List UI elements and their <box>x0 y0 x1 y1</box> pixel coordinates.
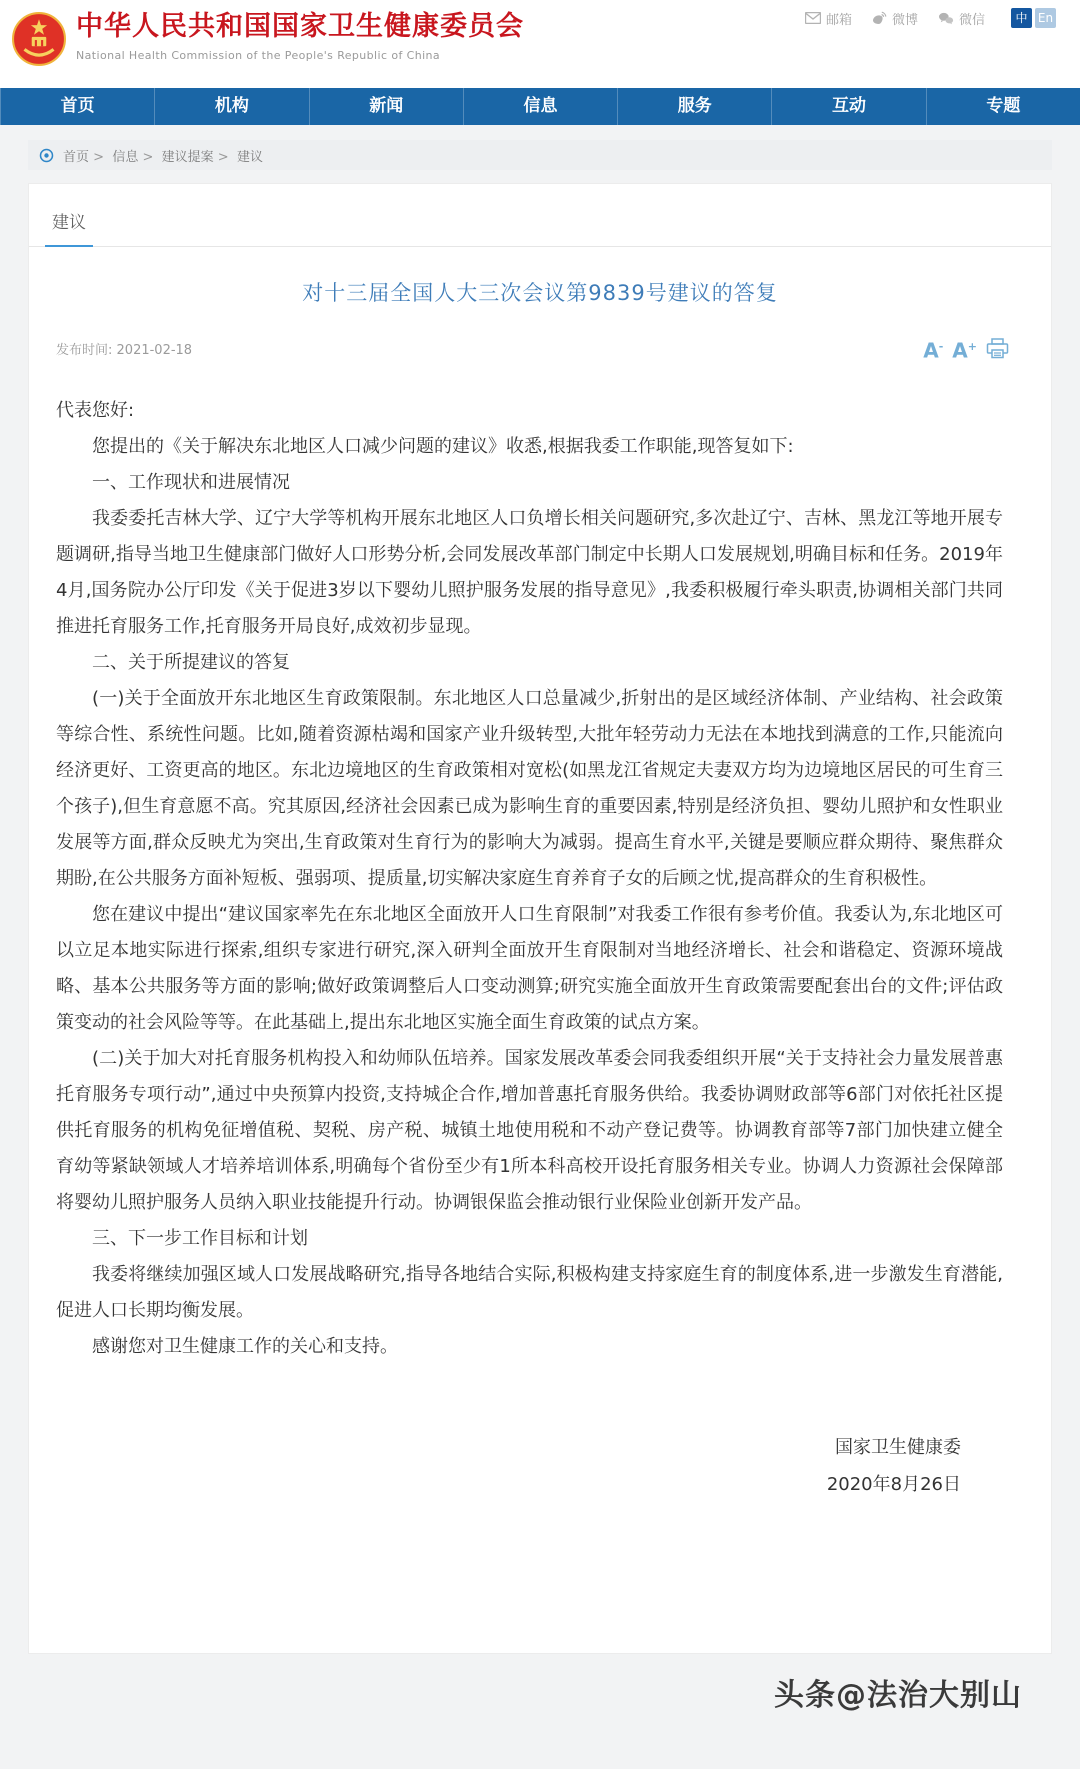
article-paragraph: (二)关于加大对托育服务机构投入和幼师队伍培养。国家发展改革委会同我委组织开展“… <box>56 1041 1003 1221</box>
utility-bar: 邮箱 微博 微信 中 En <box>805 8 1056 28</box>
nav-item[interactable]: 新闻 <box>309 88 463 125</box>
lang-en-button[interactable]: En <box>1035 8 1056 28</box>
content-card: 建议 对十三届全国人大三次会议第9839号建议的答复 发布时间: 2021-02… <box>28 183 1052 1654</box>
breadcrumb-link[interactable]: 信息 <box>112 150 138 165</box>
signature-date: 2020年8月26日 <box>29 1466 961 1503</box>
site-title-block: 中华人民共和国国家卫生健康委员会 National Health Commiss… <box>76 10 524 62</box>
font-decrease-button[interactable]: A- <box>923 337 943 361</box>
mail-label: 邮箱 <box>826 9 852 28</box>
print-button[interactable] <box>986 338 1009 359</box>
article-paragraph: 我委委托吉林大学、辽宁大学等机构开展东北地区人口负增长相关问题研究,多次赴辽宁、… <box>56 501 1003 645</box>
article-paragraph: (一)关于全面放开东北地区生育政策限制。东北地区人口总量减少,折射出的是区域经济… <box>56 681 1003 897</box>
nav-item[interactable]: 信息 <box>463 88 617 125</box>
publish-date-value: 2021-02-18 <box>117 343 193 358</box>
article-paragraph: 感谢您对卫生健康工作的关心和支持。 <box>56 1329 1003 1365</box>
signature-block: 国家卫生健康委 2020年8月26日 <box>29 1429 1051 1503</box>
article-paragraph: 您提出的《关于解决东北地区人口减少问题的建议》收悉,根据我委工作职能,现答复如下… <box>56 429 1003 465</box>
wechat-icon <box>938 12 954 25</box>
tab-jianyi[interactable]: 建议 <box>45 208 93 247</box>
article-paragraph: 二、关于所提建议的答复 <box>56 645 1003 681</box>
breadcrumb: 首页 > 信息 > 建议提案 > 建议 <box>63 146 263 165</box>
national-emblem-icon <box>12 12 66 66</box>
breadcrumb-separator: > <box>89 150 108 165</box>
breadcrumb-link[interactable]: 首页 <box>63 150 89 165</box>
signature-org: 国家卫生健康委 <box>29 1429 961 1466</box>
nav-item[interactable]: 专题 <box>926 88 1080 125</box>
font-increase-button[interactable]: A+ <box>952 337 977 361</box>
location-pin-icon <box>39 148 54 163</box>
breadcrumb-link[interactable]: 建议 <box>237 150 263 165</box>
breadcrumb-link[interactable]: 建议提案 <box>162 150 214 165</box>
breadcrumb-separator: > <box>214 150 233 165</box>
page: 中华人民共和国国家卫生健康委员会 National Health Commiss… <box>0 0 1080 1769</box>
article-paragraph: 我委将继续加强区域人口发展战略研究,指导各地结合实际,积极构建支持家庭生育的制度… <box>56 1257 1003 1329</box>
wechat-link[interactable]: 微信 <box>938 9 985 28</box>
weibo-link[interactable]: 微博 <box>872 9 918 28</box>
publish-date-label: 发布时间: <box>56 343 112 358</box>
tab-row: 建议 <box>29 184 1051 247</box>
site-subtitle: National Health Commission of the People… <box>76 49 524 62</box>
publish-date: 发布时间: 2021-02-18 <box>56 339 192 358</box>
lang-zh-button[interactable]: 中 <box>1011 8 1032 28</box>
weibo-icon <box>872 11 887 25</box>
main-nav: 首页 机构 新闻 信息 服务 互动 专题 <box>0 88 1080 125</box>
article-paragraph: 代表您好: <box>56 393 1003 429</box>
watermark: 头条@法治大别山 <box>0 1654 1080 1734</box>
language-switch: 中 En <box>1011 8 1056 28</box>
article-tools: A- A+ <box>923 337 1009 361</box>
article-body: 代表您好: 您提出的《关于解决东北地区人口减少问题的建议》收悉,根据我委工作职能… <box>29 361 1051 1365</box>
site-title: 中华人民共和国国家卫生健康委员会 <box>76 10 524 44</box>
nav-item[interactable]: 互动 <box>771 88 925 125</box>
mail-icon <box>805 12 821 24</box>
article-paragraph: 您在建议中提出“建议国家率先在东北地区全面放开人口生育限制”对我委工作很有参考价… <box>56 897 1003 1041</box>
article-meta: 发布时间: 2021-02-18 A- A+ <box>56 337 1009 361</box>
nav-item[interactable]: 服务 <box>617 88 771 125</box>
printer-icon <box>986 338 1009 359</box>
article-title: 对十三届全国人大三次会议第9839号建议的答复 <box>29 277 1051 307</box>
site-header: 中华人民共和国国家卫生健康委员会 National Health Commiss… <box>0 0 1080 88</box>
weibo-label: 微博 <box>892 9 918 28</box>
nav-item[interactable]: 首页 <box>0 88 154 125</box>
nav-item[interactable]: 机构 <box>154 88 308 125</box>
wechat-label: 微信 <box>959 9 985 28</box>
breadcrumb-bar: 首页 > 信息 > 建议提案 > 建议 <box>28 140 1052 170</box>
article-paragraph: 一、工作现状和进展情况 <box>56 465 1003 501</box>
breadcrumb-separator: > <box>138 150 157 165</box>
article-paragraph: 三、下一步工作目标和计划 <box>56 1221 1003 1257</box>
mail-link[interactable]: 邮箱 <box>805 9 852 28</box>
